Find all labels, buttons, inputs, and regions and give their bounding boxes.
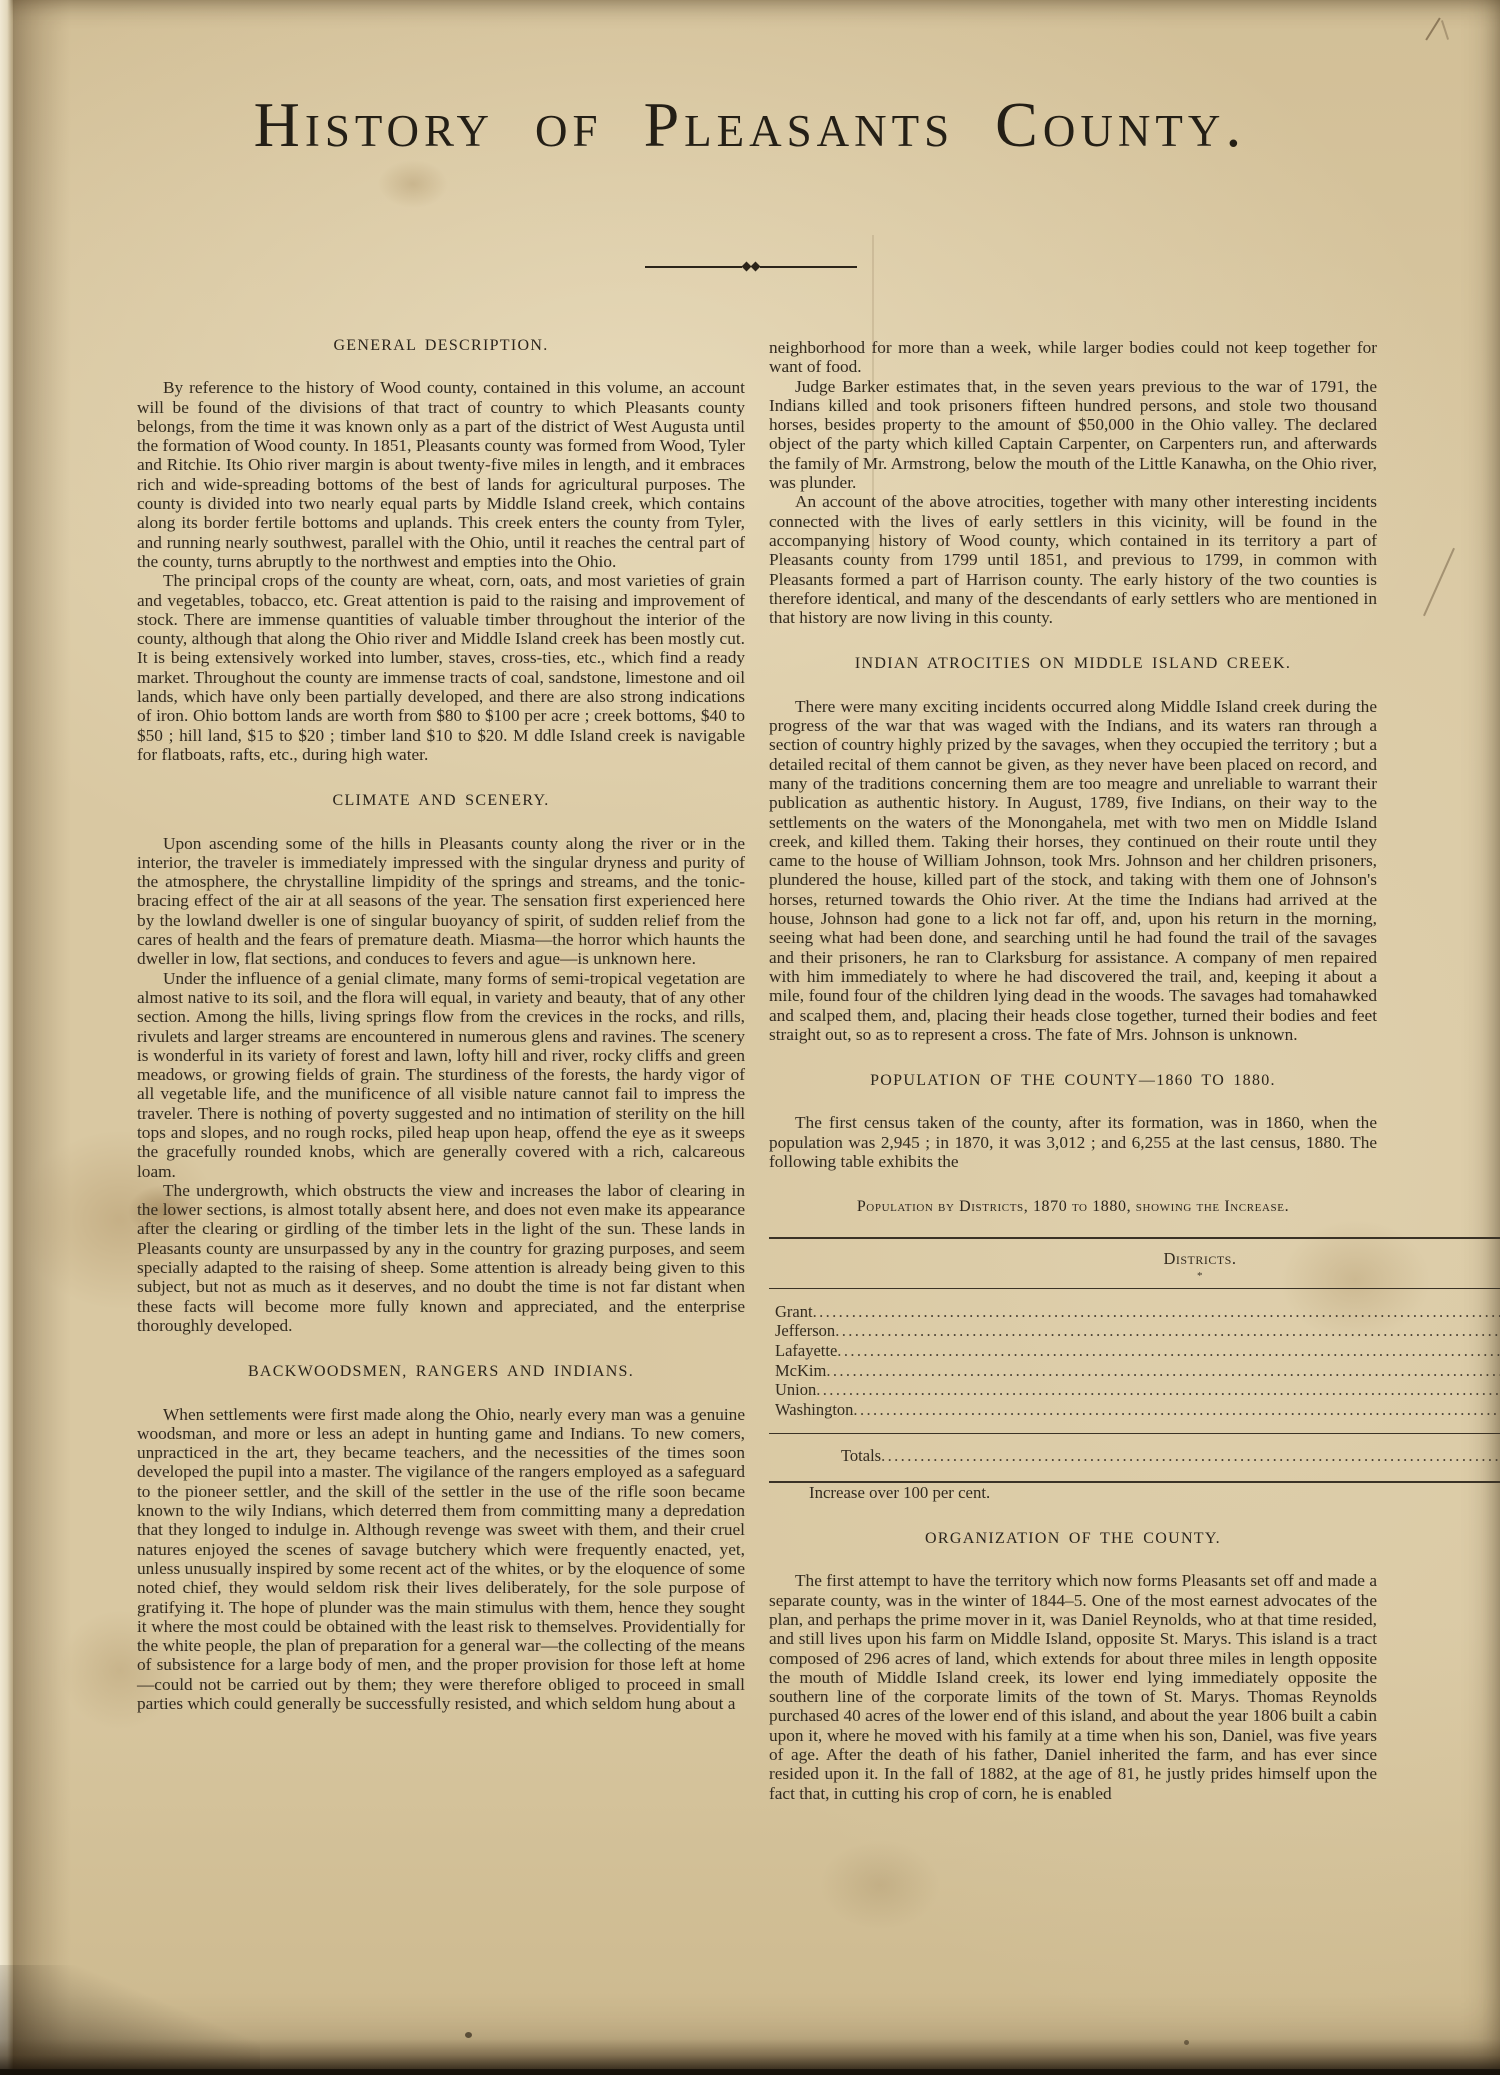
scanned-book-page: History of Pleasants County. GENERAL DES… [0,0,1500,2075]
divider-line-right [760,266,857,268]
table-row-union: Union 338 1,624 1,286 [769,1380,1500,1400]
table-caption: Population by Districts, 1870 to 1880, s… [769,1197,1377,1216]
table-row-mckim: McKim 449 977 528 [769,1361,1500,1381]
page-edge-left [0,0,13,2075]
paragraph-climate-2: Under the influence of a genial climate,… [137,969,745,1181]
diamond-ornament-icon [751,262,761,272]
table-header-row: Districts. * 1870. 1880. Increase. [769,1238,1500,1289]
section-heading-backwoodsmen: BACKWOODSMEN, RANGERS AND INDIANS. [137,1362,745,1381]
paragraph-continuation: neighborhood for more than a week, while… [769,338,1377,377]
section-heading-indian-atrocities: INDIAN ATROCITIES ON MIDDLE ISLAND CREEK… [769,654,1377,673]
district-name: Washington [775,1400,853,1420]
paragraph-general-2: The principal crops of the county are wh… [137,571,745,764]
page-shadow-left [13,0,71,2075]
dot-leader [835,1321,1500,1341]
population-by-districts-table: Districts. * 1870. 1880. Increase. Grant… [769,1237,1500,1483]
ink-speck [465,2032,472,2038]
column-header-districts: Districts. * [769,1238,1500,1289]
paragraph-general-1: By reference to the history of Wood coun… [137,378,745,571]
district-name: Jefferson [775,1321,835,1341]
dot-leader [826,1361,1500,1381]
paragraph-census: The first census taken of the county, af… [769,1113,1377,1171]
district-name: McKim [775,1361,826,1381]
title-divider-ornament [645,263,857,270]
paragraph-backwoodsmen-1: When settlements were first made along t… [137,1405,745,1714]
table-row-jefferson: Jefferson 407 1,173 766 [769,1321,1500,1341]
table-totals-row: Totals 3,012 6,255 3,243 [769,1434,1500,1482]
paper-stain [820,1840,940,1930]
section-heading-climate-and-scenery: CLIMATE AND SCENERY. [137,791,745,810]
dot-leader [881,1446,1500,1465]
table-footnote: Increase over 100 per cent. [769,1483,1377,1502]
section-heading-organization: ORGANIZATION OF THE COUNTY. [769,1529,1377,1548]
dot-leader [816,1380,1500,1400]
paragraph-atrocities-account: An account of the above atrocities, toge… [769,492,1377,627]
paper-stain [378,160,448,208]
paragraph-organization-1: The first attempt to have the territory … [769,1571,1377,1803]
table-row-lafayette: Lafayette 397 836 439 [769,1341,1500,1361]
photo-edge-line [0,2069,1500,2075]
table-row-washington: Washington 820 972 152 [769,1400,1500,1434]
district-name: Grant [775,1302,813,1322]
section-heading-general-description: GENERAL DESCRIPTION. [137,336,745,355]
dot-leader [853,1400,1500,1420]
totals-label: Totals [841,1446,881,1465]
paragraph-judge-barker: Judge Barker estimates that, in the seve… [769,377,1377,493]
paragraph-middle-island-incidents: There were many exciting incidents occur… [769,697,1377,1044]
pencil-mark [1441,20,1449,40]
section-heading-population: POPULATION OF THE COUNTY—1860 TO 1880. [769,1071,1377,1090]
dot-leader [837,1341,1500,1361]
paragraph-climate-1: Upon ascending some of the hills in Plea… [137,834,745,969]
divider-line-left [645,266,742,268]
pencil-mark [1425,17,1440,40]
pencil-mark [1423,548,1455,616]
asterisk-mark: * [775,1270,1500,1282]
page-title: History of Pleasants County. [0,88,1500,162]
district-name: Lafayette [775,1341,837,1361]
paragraph-climate-3: The undergrowth, which obstructs the vie… [137,1181,745,1335]
dot-leader [813,1302,1500,1322]
left-column: GENERAL DESCRIPTION. By reference to the… [137,330,745,1713]
district-name: Union [775,1380,816,1400]
right-column: neighborhood for more than a week, while… [769,330,1377,1803]
table-row-grant: Grant 601 673 72 [769,1288,1500,1321]
